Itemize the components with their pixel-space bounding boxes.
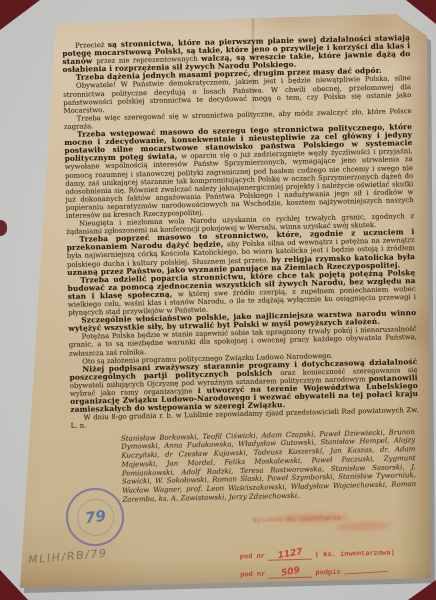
paragraph: Trzeba wstępować masowo do szeregu tego … (64, 123, 414, 220)
mount-edge-left-mark (0, 220, 7, 236)
accession-row2-label: pod nr (240, 571, 265, 580)
accession-row-2: pod nr509podpis (240, 566, 389, 580)
signature-scribble (344, 565, 388, 575)
body-text: Przecież są stronnictwa, które na pierws… (62, 34, 419, 430)
photo-background: Przecież są stronnictwa, które na pierws… (0, 0, 436, 600)
stamp-number: 79 (83, 507, 106, 528)
accession-row-1: pod nr1127( Ks. inwentarzowa) (240, 547, 395, 561)
mount-corner-top-left (0, 0, 40, 30)
document-page: Przecież są stronnictwa, które na pierws… (0, 0, 436, 600)
accession-row2-suffix: podpis (315, 569, 340, 578)
paragraph: Niżej podpisani zważywszy starannie prog… (69, 358, 418, 414)
accession-number-1-handwritten: 1127 (277, 547, 303, 561)
accession-stamp-header: Wpisano do inwentarza (253, 515, 341, 525)
accession-row1-suffix: ( Ks. inwentarzowa) (315, 549, 395, 559)
stamp-outer-ring: 79 (61, 483, 130, 552)
accession-row2-line: 509 (268, 568, 312, 579)
text-block: Przecież są stronnictwa, które na pierws… (62, 34, 420, 506)
accession-row1-line: 1127 (268, 550, 312, 561)
accession-stamp: Wpisano do inwentarza pod nr1127( Ks. in… (239, 524, 431, 529)
archive-number-pencil: MLIH/RB/79 (28, 547, 109, 567)
accession-number-2-handwritten: 509 (280, 566, 300, 579)
stamp-inner-ring: 79 (73, 495, 117, 539)
round-inventory-stamp: 79 (61, 483, 130, 552)
mount-corner-top-right (406, 0, 436, 24)
red-ink-smudge (335, 522, 391, 531)
signatures: Stanisław Borkowski, Teofil Ciświcki, Ad… (121, 428, 417, 505)
accession-row1-label: pod nr (240, 553, 265, 562)
